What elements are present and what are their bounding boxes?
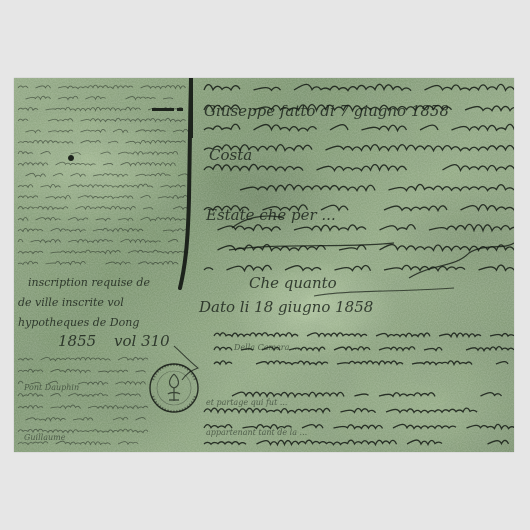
- ink-blot: [68, 155, 74, 161]
- script-texture: [14, 78, 514, 452]
- script-fragment: 1855: [58, 332, 96, 350]
- script-fragment: inscription requise de: [28, 276, 150, 289]
- script-fragment: hypotheques de Dong: [18, 316, 139, 329]
- script-fragment: appartenant tant de la ...: [206, 428, 307, 437]
- script-fragment: Estate che per ...: [206, 206, 336, 224]
- script-fragment: Pont Dauphin: [24, 383, 79, 392]
- script-fragment: Che quanto: [249, 274, 337, 292]
- script-fragment: de ville inscrite vol: [18, 296, 124, 309]
- patterned-paper: inscription requise de de ville inscrite…: [14, 78, 514, 452]
- script-fragment: Guillaume: [24, 433, 65, 442]
- script-fragment: Dato li 18 giugno 1858: [199, 298, 373, 316]
- script-fragment: Della Camera ...: [234, 343, 300, 352]
- script-fragment: et partage qui fut ...: [206, 398, 287, 407]
- script-fragment: vol 310: [114, 332, 170, 350]
- script-fragment: Costa: [209, 146, 252, 164]
- script-fragment: Giuseppe fatto di 7 giugno 1858: [204, 102, 449, 120]
